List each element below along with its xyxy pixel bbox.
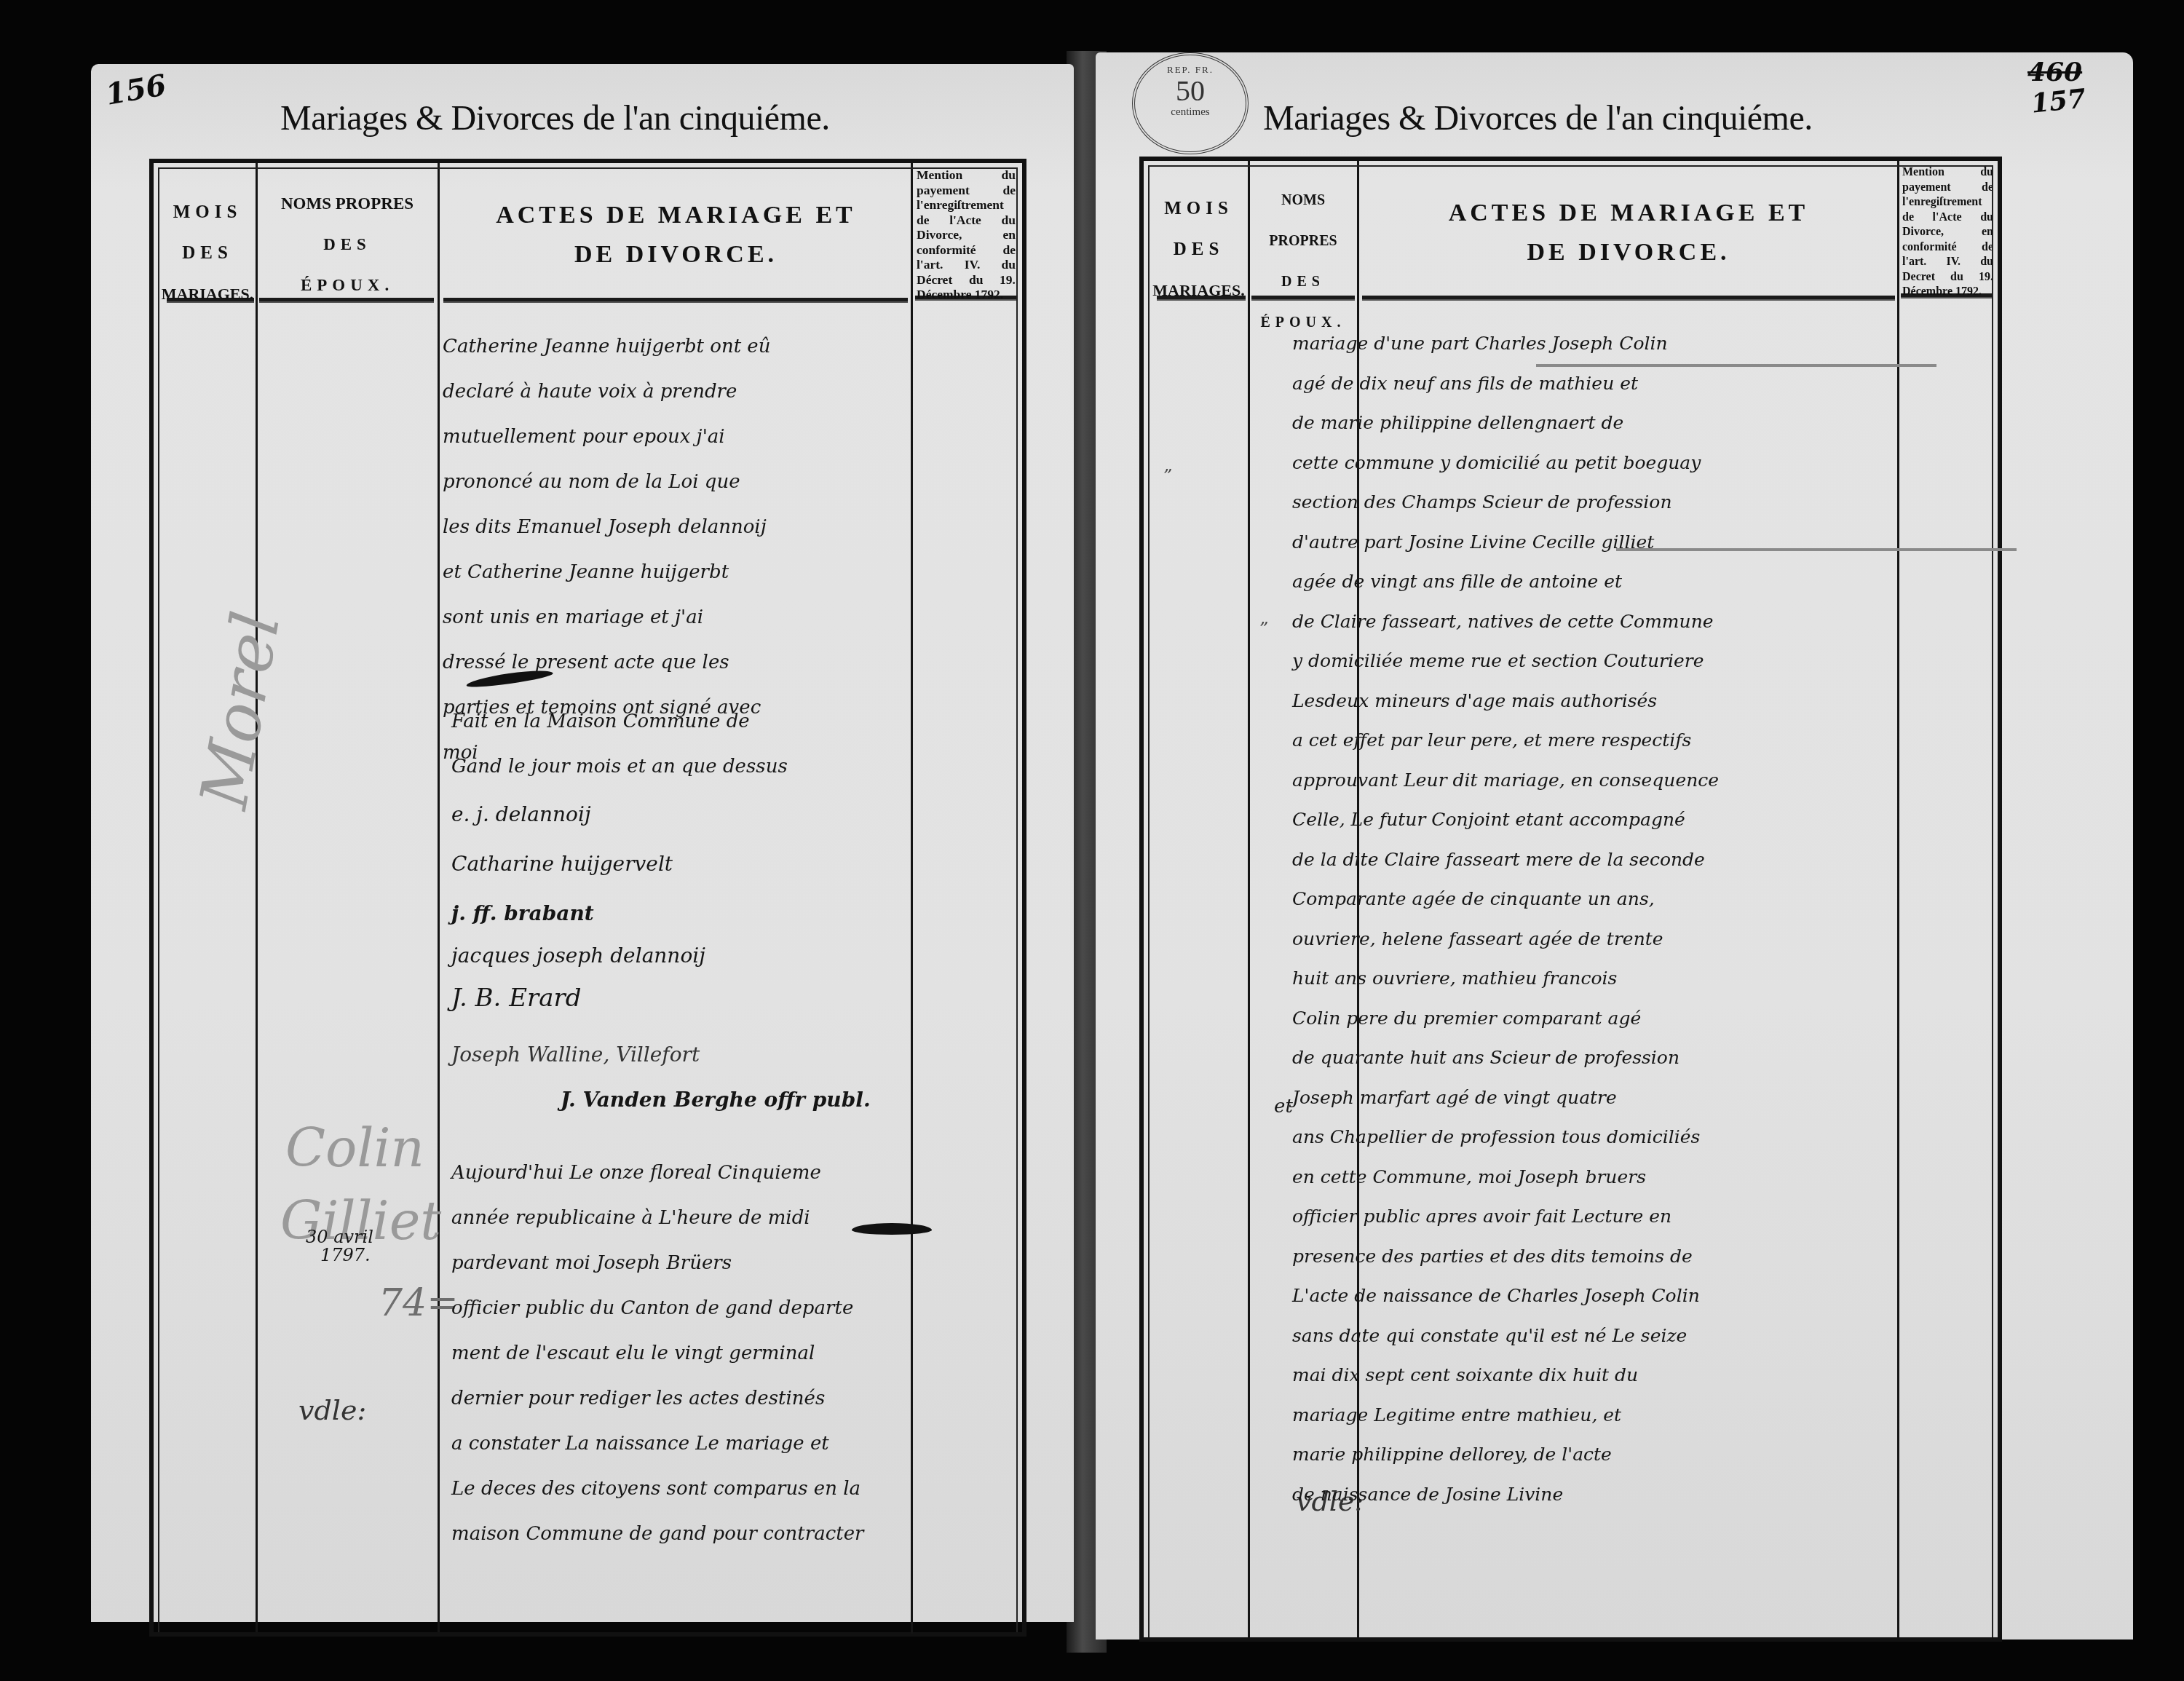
pencil-underline-groom	[1536, 364, 1936, 367]
header-noms-propres-des-epoux: NOMS PROPRESDESÉPOUX.	[1249, 180, 1357, 343]
ink-blot	[852, 1223, 932, 1235]
header-noms-propres-des-epoux: NOMS PROPRESDESÉPOUX.	[257, 183, 438, 306]
header-mention-payement: Mention du payement de l'enregiſtrement …	[917, 167, 1016, 302]
header-mois-des-mariages: MOISDESMARIAGES.	[1150, 189, 1248, 311]
ditto-mark: ”	[1259, 619, 1268, 639]
margin-et: et	[1274, 1096, 1293, 1118]
revenue-stamp: REP. FR. 50 centimes	[1132, 52, 1249, 154]
margin-spouse-name-1: Colin	[285, 1118, 424, 1179]
header-actes-de-mariage: ACTES DE MARIAGE ETDE DIVORCE.	[1359, 194, 1898, 272]
header-mois-des-mariages: MOISDESMARIAGES.	[159, 192, 256, 315]
margin-bottom-note: vdle:	[298, 1394, 366, 1426]
right-page-title: Mariages & Divorces de l'an cinquiéme.	[1263, 98, 1813, 138]
header-actes-de-mariage: ACTES DE MARIAGE ETDE DIVORCE.	[441, 196, 911, 274]
margin-date-line-1: 30 avril	[306, 1227, 373, 1247]
ditto-mark: ”	[1163, 466, 1172, 486]
right-page-number: 157	[2030, 83, 2087, 119]
left-page-title: Mariages & Divorces de l'an cinquiéme.	[280, 98, 830, 138]
margin-record-number: 74=	[379, 1281, 459, 1325]
margin-date-line-2: 1797.	[320, 1245, 371, 1265]
right-page-number-struck: 460	[2027, 57, 2082, 87]
pencil-underline-bride	[1616, 548, 2017, 551]
header-mention-payement: Mention du payement de l'enregiſtrement …	[1902, 165, 1993, 300]
